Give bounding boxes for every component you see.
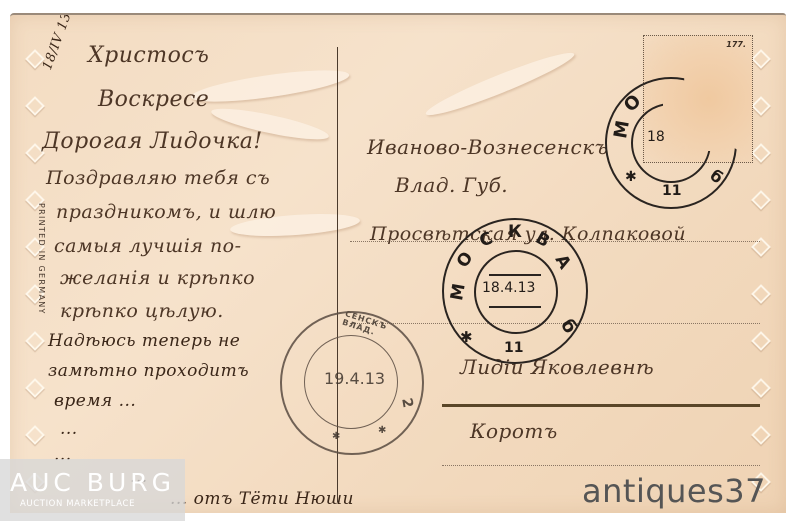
- postmark-city: О: [620, 91, 646, 117]
- right-ornament-border: [750, 35, 772, 505]
- postcard: PRINTED IN GERMANY 18/IV 13 Христосъ Вос…: [10, 13, 786, 513]
- postmark-star-icon: ✱: [460, 328, 473, 346]
- diamond-ornament-icon: [25, 425, 45, 445]
- address-line-text: Иваново-Вознесенскъ: [367, 135, 609, 159]
- postmark-bar: [489, 306, 541, 308]
- embossed-wheat-decoration: [422, 46, 577, 123]
- postmark-moscow-center: 18.4.13 М О С К В А ✱ 11 б: [442, 218, 588, 364]
- postmark-city: М: [610, 119, 634, 140]
- postmark-date: 18.4.13: [482, 280, 535, 296]
- message-line: Надѣюсь теперь не: [48, 331, 240, 351]
- postmark-city-letter: А: [551, 251, 575, 272]
- diamond-ornament-icon: [751, 331, 771, 351]
- message-line: праздникомъ, и шлю: [56, 201, 276, 223]
- postmark-series: б: [556, 316, 580, 337]
- diamond-ornament-icon: [751, 284, 771, 304]
- diamond-ornament-icon: [751, 190, 771, 210]
- postmark-star-icon: ✱: [332, 431, 340, 442]
- embossed-wheat-decoration: [189, 64, 351, 108]
- stamp-box-number: 177.: [726, 40, 746, 49]
- postmark-date: 19.4.13: [324, 369, 385, 388]
- postmark-city-letter: С: [476, 228, 496, 251]
- message-line: ... отъ Тёти Нюши: [170, 489, 354, 509]
- postmark-date: 18: [647, 129, 665, 145]
- postmark-office: 11: [504, 340, 523, 356]
- postmark-city-letter: В: [532, 228, 553, 252]
- address-line-text: Влад. Губ.: [395, 173, 508, 197]
- auction-watermark: AUC BURG AUCTION MARKETPLACE: [0, 459, 185, 521]
- auction-tagline: AUCTION MARKETPLACE: [20, 499, 135, 509]
- diamond-ornament-icon: [751, 143, 771, 163]
- postmark-office: 11: [662, 183, 681, 199]
- message-line: Поздравляю тебя съ: [46, 167, 270, 189]
- message-line: крѣпко цѣлую.: [60, 300, 224, 322]
- address-line-text: Коротъ: [470, 419, 558, 443]
- postmark-series: б: [706, 166, 727, 188]
- postmark-bar: [489, 274, 541, 276]
- diamond-ornament-icon: [25, 96, 45, 116]
- diamond-ornament-icon: [751, 425, 771, 445]
- postmark-star-icon: ✱: [378, 425, 386, 436]
- seller-watermark: antiques37: [582, 472, 766, 510]
- message-line: замѣтно проходитъ: [48, 361, 249, 381]
- message-line: желанія и крѣпко: [60, 267, 255, 289]
- diamond-ornament-icon: [751, 237, 771, 257]
- message-line: время ...: [54, 391, 136, 411]
- address-line: [442, 465, 760, 466]
- postmark-city-letter: О: [453, 248, 478, 271]
- diamond-ornament-icon: [25, 378, 45, 398]
- auction-brand: AUC BURG: [10, 468, 175, 497]
- message-line: Христосъ: [88, 43, 209, 68]
- address-line-underline: [442, 404, 760, 407]
- postmark-city-letter: М: [447, 282, 470, 302]
- diamond-ornament-icon: [751, 378, 771, 398]
- postmark-city-letter: К: [508, 222, 522, 242]
- diamond-ornament-icon: [25, 331, 45, 351]
- message-line: самыя лучшія по-: [54, 235, 242, 257]
- printed-in-germany-label: PRINTED IN GERMANY: [37, 203, 46, 315]
- message-line: Воскресе: [98, 87, 209, 112]
- diamond-ornament-icon: [751, 49, 771, 69]
- postmark-star-icon: ✱: [625, 169, 637, 185]
- diamond-ornament-icon: [751, 96, 771, 116]
- message-line: Дорогая Лидочка!: [42, 129, 263, 154]
- postmark-ivanovo: 19.4.13 2 ✱ ✱ СЕНСКЪ ВЛАД.: [280, 311, 424, 455]
- message-line: ...: [60, 419, 78, 439]
- postmark-office: 2: [398, 397, 415, 409]
